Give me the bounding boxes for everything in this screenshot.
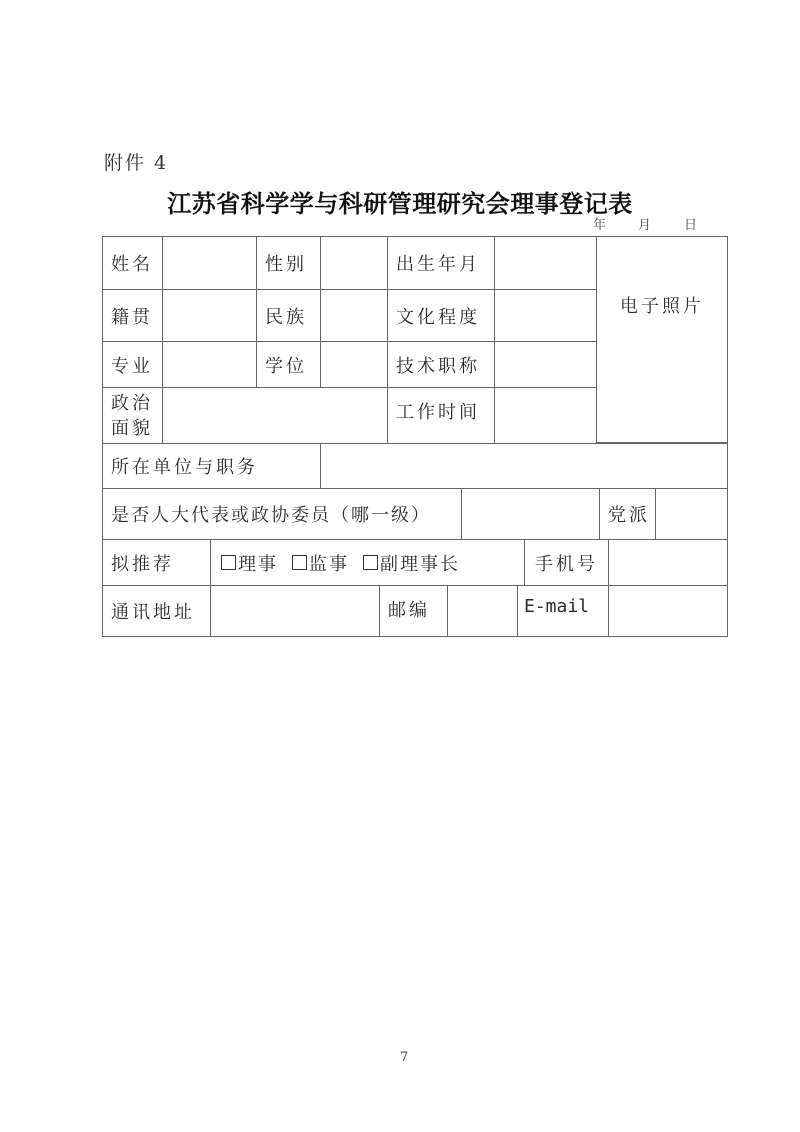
label-title: 技术职称	[387, 341, 495, 388]
label-political-1: 政治	[111, 391, 153, 416]
party-field[interactable]	[655, 488, 728, 540]
label-major: 专业	[102, 341, 163, 388]
title-field[interactable]	[494, 341, 597, 388]
label-ethnicity: 民族	[256, 289, 321, 342]
label-political: 政治 面貌	[102, 387, 163, 444]
label-party: 党派	[599, 488, 656, 540]
birth-field[interactable]	[494, 236, 597, 290]
annex-label: 附件 4	[104, 148, 168, 175]
label-birth: 出生年月	[387, 236, 495, 290]
label-employer: 所在单位与职务	[102, 443, 321, 489]
checkbox-supervisor[interactable]	[292, 555, 307, 570]
label-postcode: 邮编	[379, 585, 448, 637]
recommend-options: 理事 监事 副理事长	[210, 539, 525, 586]
label-education: 文化程度	[387, 289, 495, 342]
employer-field[interactable]	[320, 443, 728, 489]
label-email: E-mail	[517, 585, 609, 637]
checkbox-vice-president[interactable]	[363, 555, 378, 570]
native-place-field[interactable]	[162, 289, 257, 342]
npc-cppcc-field[interactable]	[461, 488, 600, 540]
address-field[interactable]	[210, 585, 380, 637]
ethnicity-field[interactable]	[320, 289, 388, 342]
page-title: 江苏省科学学与科研管理研究会理事登记表	[0, 184, 800, 219]
label-npc-cppcc: 是否人大代表或政协委员（哪一级）	[102, 488, 462, 540]
education-field[interactable]	[494, 289, 597, 342]
date-month: 月	[638, 214, 651, 233]
photo-field[interactable]: 电子照片	[596, 236, 728, 443]
label-native-place: 籍贯	[102, 289, 163, 342]
option-supervisor[interactable]: 监事	[292, 550, 349, 576]
work-time-field[interactable]	[494, 387, 597, 444]
label-recommend: 拟推荐	[102, 539, 211, 586]
page-number: 7	[400, 1050, 408, 1065]
label-political-2: 面貌	[111, 416, 153, 441]
political-field[interactable]	[162, 387, 388, 444]
option-director[interactable]: 理事	[221, 550, 278, 576]
label-phone: 手机号	[524, 539, 609, 586]
label-work-time: 工作时间	[387, 387, 495, 444]
date-year: 年	[593, 214, 606, 233]
date-day: 日	[684, 214, 697, 233]
registration-table: 姓名 性别 出生年月 电子照片 籍贯 民族 文化程度 专业 学位 技术职称 政治…	[102, 236, 728, 637]
postcode-field[interactable]	[447, 585, 518, 637]
option-vice-president[interactable]: 副理事长	[363, 550, 460, 576]
name-field[interactable]	[162, 236, 257, 290]
label-degree: 学位	[256, 341, 321, 388]
label-address: 通讯地址	[102, 585, 211, 637]
gender-field[interactable]	[320, 236, 388, 290]
label-photo: 电子照片	[620, 292, 704, 318]
label-name: 姓名	[102, 236, 163, 290]
phone-field[interactable]	[608, 539, 728, 586]
major-field[interactable]	[162, 341, 257, 388]
email-field[interactable]	[608, 585, 728, 637]
checkbox-director[interactable]	[221, 555, 236, 570]
label-gender: 性别	[256, 236, 321, 290]
degree-field[interactable]	[320, 341, 388, 388]
